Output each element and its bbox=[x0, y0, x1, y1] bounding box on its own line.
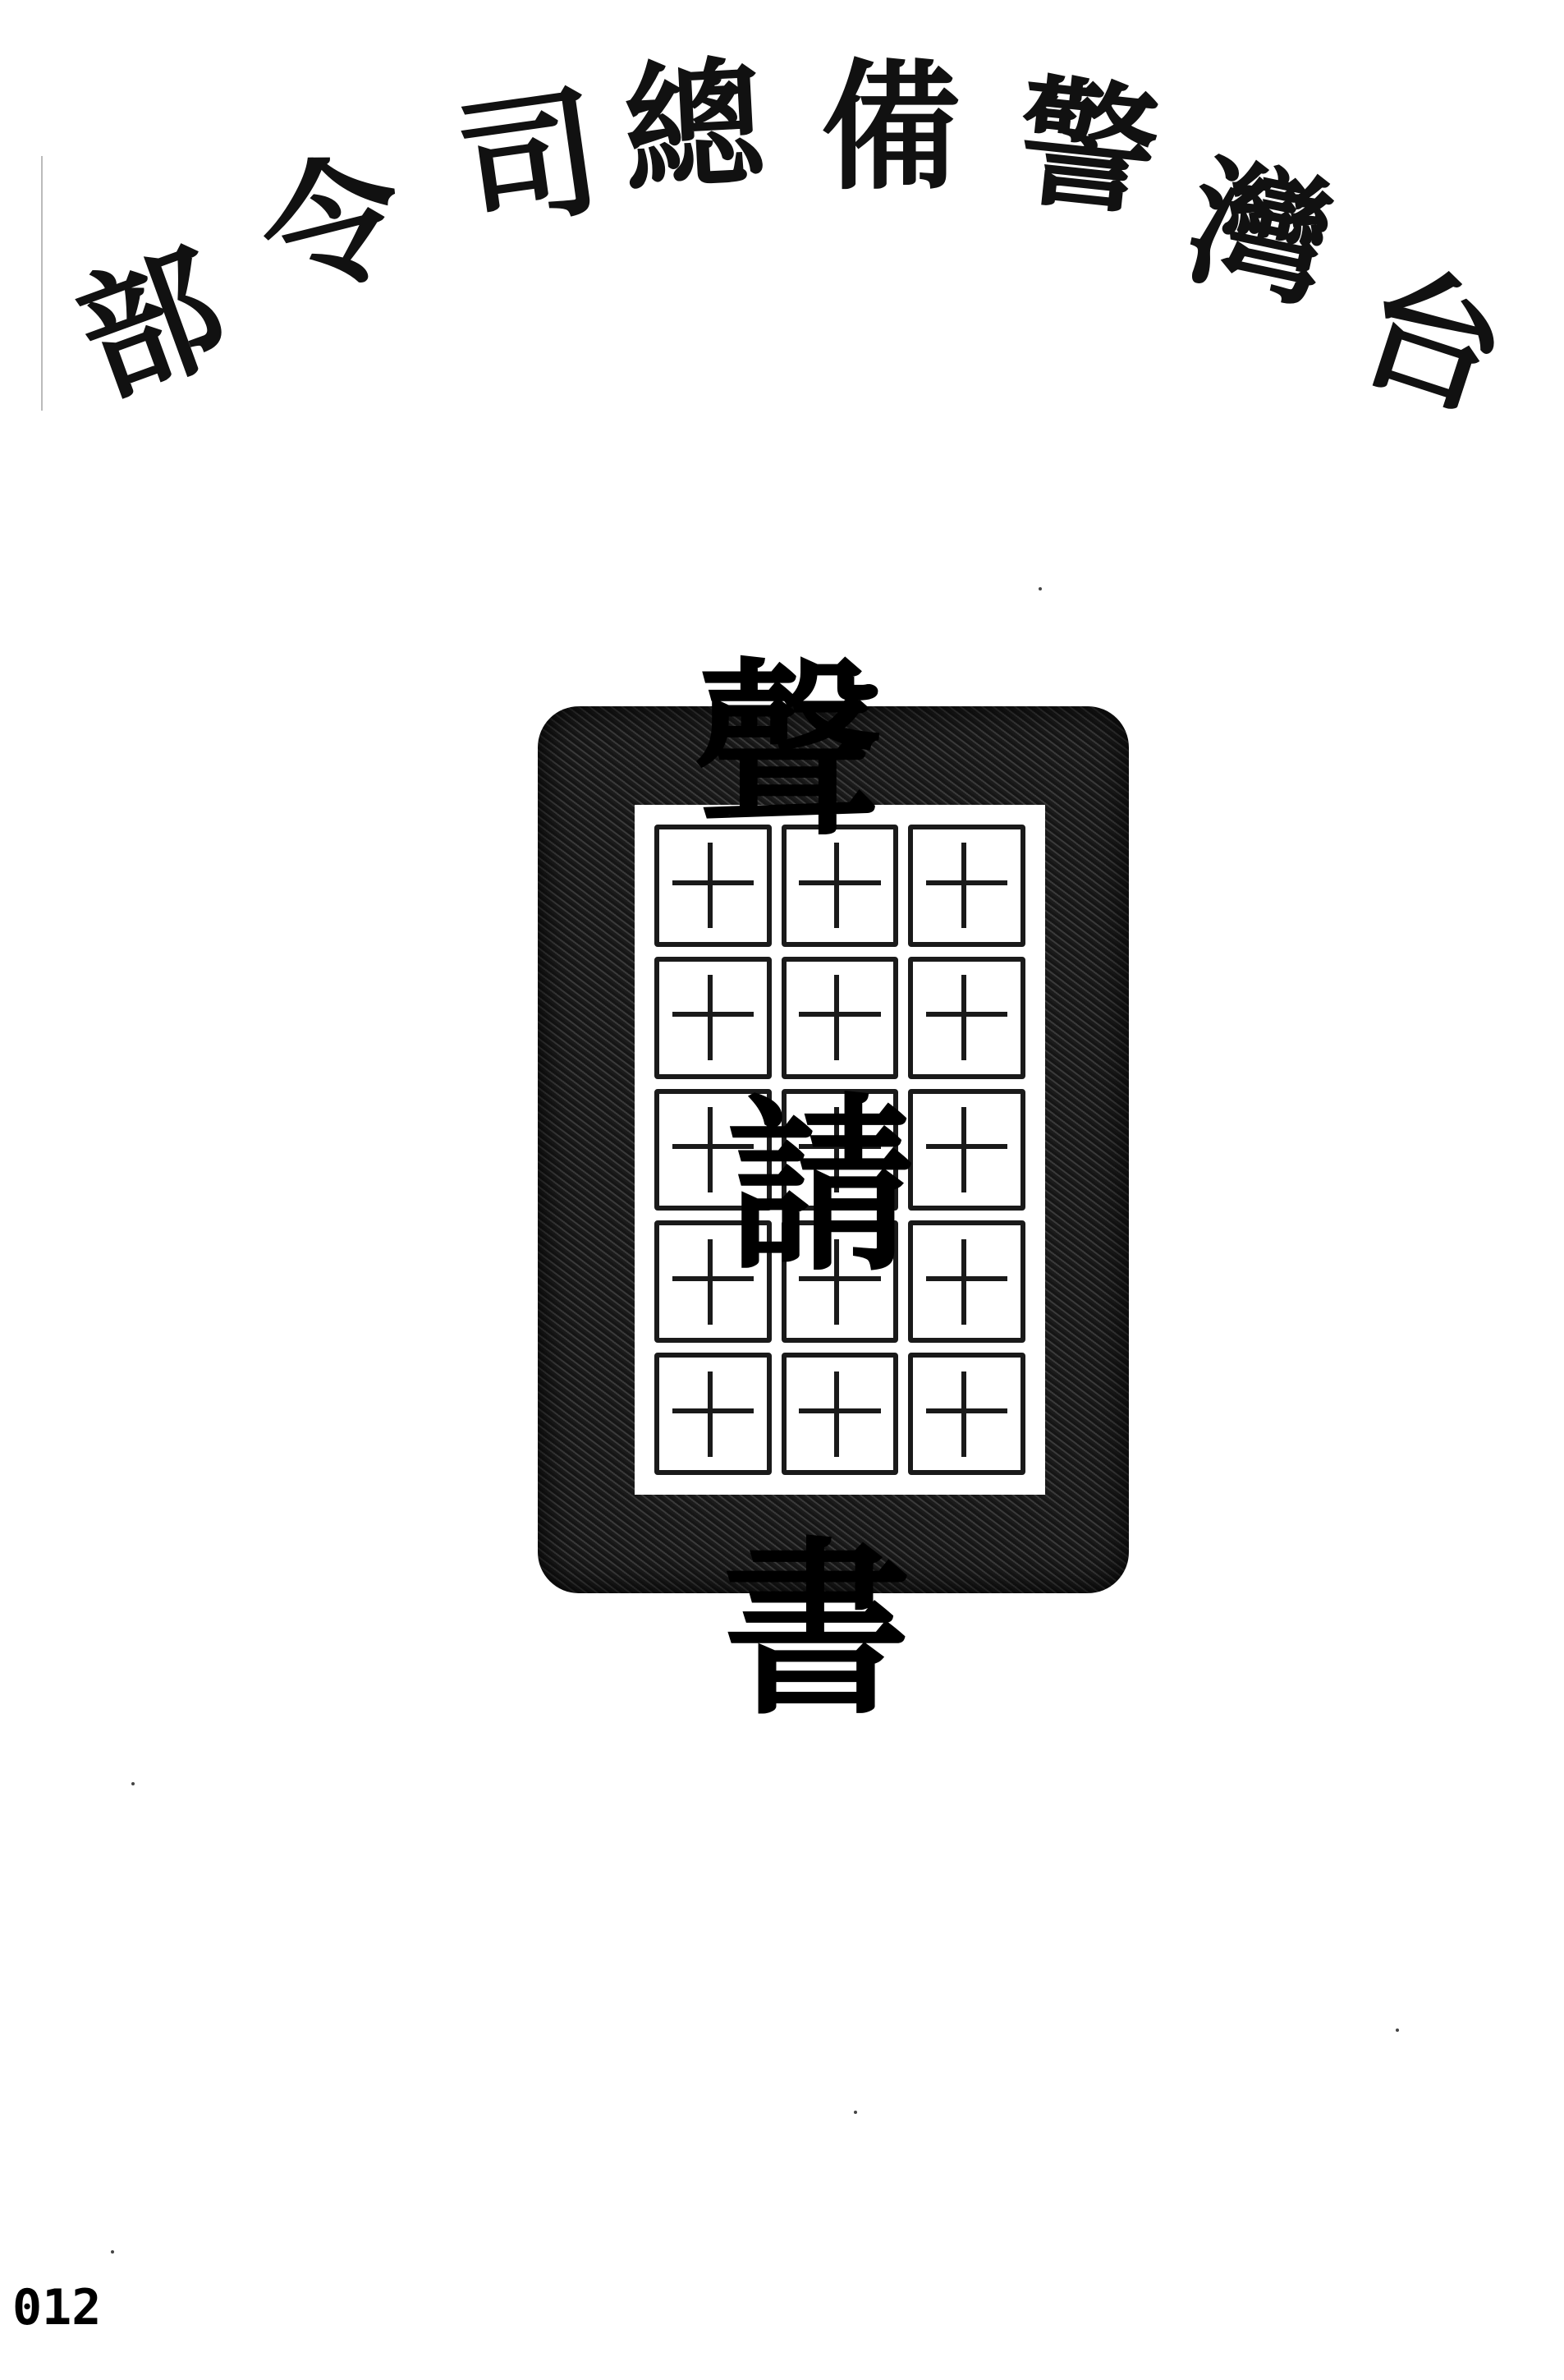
title-char: 請 bbox=[727, 1092, 915, 1281]
heading-char: 灣 bbox=[1177, 151, 1343, 317]
scan-margin-line bbox=[41, 156, 43, 411]
seal-glyph bbox=[782, 1353, 899, 1475]
heading-char: 總 bbox=[621, 54, 768, 201]
title-char: 聲 bbox=[694, 657, 883, 846]
heading-char: 令 bbox=[248, 141, 417, 310]
seal-glyph bbox=[908, 957, 1025, 1079]
scanned-page: 台 灣 警 備 總 司 令 部 bbox=[0, 0, 1564, 2380]
heading-char: 台 bbox=[1345, 253, 1520, 429]
heading-char: 警 bbox=[1011, 71, 1165, 225]
scan-speck bbox=[854, 2111, 857, 2114]
page-number: 012 bbox=[12, 2279, 101, 2336]
title-char: 書 bbox=[722, 1536, 911, 1725]
scan-speck bbox=[1039, 587, 1042, 590]
heading-char: 司 bbox=[451, 81, 608, 239]
seal-glyph bbox=[908, 825, 1025, 947]
heading-char: 部 bbox=[62, 235, 241, 414]
seal-glyph bbox=[654, 1353, 772, 1475]
seal-glyph bbox=[654, 957, 772, 1079]
scan-speck bbox=[131, 1782, 135, 1785]
heading-char: 備 bbox=[821, 57, 961, 197]
seal-glyph bbox=[908, 1089, 1025, 1211]
seal-glyph bbox=[908, 1220, 1025, 1343]
scan-speck bbox=[1396, 2029, 1399, 2032]
scan-speck bbox=[111, 2250, 114, 2254]
seal-glyph bbox=[782, 957, 899, 1079]
seal-glyph bbox=[908, 1353, 1025, 1475]
